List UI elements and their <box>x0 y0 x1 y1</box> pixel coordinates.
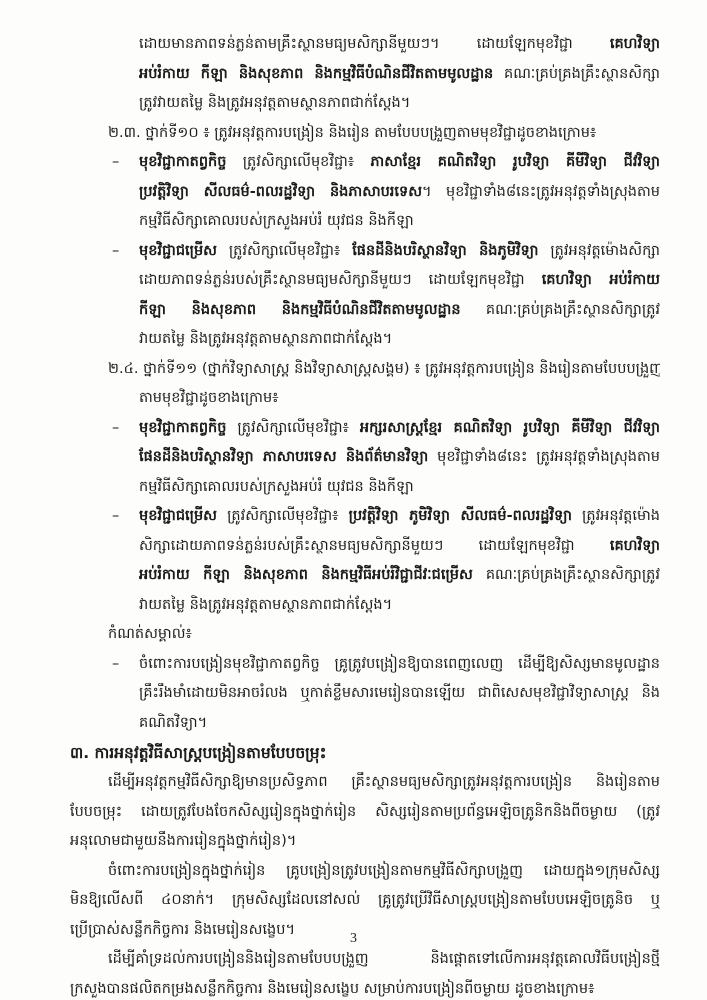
text-line: សិក្សាដោយភាពទន់ភ្លន់របស់គ្រឹះស្ថានមធ្យមស… <box>70 532 660 562</box>
bold-text-run: អប់រំកាយ កីឡា និងសុខភាព និងកម្មវិធីបំណិន… <box>139 66 493 82</box>
dash-bullet-icon: – <box>112 650 119 680</box>
text-line: ផែនដីនិងបរិស្ថានវិទ្យា ភាសាបរទេស និងព័ត៌… <box>70 443 660 473</box>
bold-text-run: អប់រំកាយ កីឡា និងសុខភាព និងកម្មវិធីអប់រំ… <box>139 567 473 583</box>
text-line: កម្មវិធីសិក្សាគោលរបស់ក្រសួងអប់រំ យុវជន ន… <box>70 207 660 237</box>
text-run: គណៈគ្រប់គ្រងគ្រឹះស្ថានសិក្សាត្រូវ <box>473 567 660 583</box>
notes-section: កំណត់សម្គាល់៖ – ចំពោះការបង្រៀនមុខវិជ្ជាក… <box>70 620 660 738</box>
text-line: ប្រវត្តិវិទ្យា សីលធម៌-ពលរដ្ឋវិទ្យា និងភា… <box>70 178 660 208</box>
document-body: ដោយមានភាពទន់ភ្លន់តាមគ្រឹះស្ថានមធ្យមសិក្ស… <box>70 30 660 1000</box>
text-line: វាយតម្លៃ និងត្រូវអនុវត្តតាមស្ថានភាពជាក់ស… <box>70 591 660 621</box>
dash-bullet-icon: – <box>112 414 119 444</box>
text-line: – មុខវិជ្ជាកាតព្វកិច្ច ត្រូវសិក្សាលើមុខវ… <box>70 148 660 178</box>
text-line: – ចំពោះការបង្រៀនមុខវិជ្ជាកាតព្វកិច្ច គ្រ… <box>70 650 660 680</box>
dash-bullet-icon: – <box>112 502 119 532</box>
bold-text-run: ភាសាខ្មែរ គណិតវិទ្យា រូបវិទ្យា គីមីវិទ្យ… <box>370 154 660 170</box>
bold-text-run: ផែនដីនិងបរិស្ថានវិទ្យា ភាសាបរទេស និងព័ត៌… <box>139 449 428 465</box>
text-line: ក្រសួងបានផលិតកម្រងសន្លឹកកិច្ចការ និងមេរៀ… <box>70 975 660 1000</box>
text-run: វាយតម្លៃ និងត្រូវអនុវត្តតាមស្ថានភាពជាក់ស… <box>139 331 392 347</box>
text-line: វាយតម្លៃ និងត្រូវអនុវត្តតាមស្ថានភាពជាក់ស… <box>70 325 660 355</box>
section-3: ៣. ការអនុវត្តវិធីសាស្ត្របង្រៀនតាមបែបចម្រ… <box>70 738 660 1000</box>
paragraph: ដើម្បីគាំទ្រដល់ការបង្រៀននិងរៀនតាមបែបបង្រ… <box>70 945 660 1000</box>
notes-label: កំណត់សម្គាល់៖ <box>70 620 660 650</box>
section-heading-3: ៣. ការអនុវត្តវិធីសាស្ត្របង្រៀនតាមបែបចម្រ… <box>70 738 660 768</box>
section-2-3: ២.៣. ថ្នាក់ទី១០ ៖ ត្រូវអនុវត្តការបង្រៀន … <box>70 119 660 355</box>
bullet-item-compulsory-grade10: – មុខវិជ្ជាកាតព្វកិច្ច ត្រូវសិក្សាលើមុខវ… <box>70 148 660 237</box>
text-run: ត្រូវសិក្សាលើមុខវិជ្ជា៖ <box>217 243 352 259</box>
text-line: មិនឱ្យលើសពី ៤០នាក់។ ក្រុមសិស្សដែលនៅសល់ គ… <box>70 886 660 916</box>
bold-text-run: មុខវិជ្ជាកាតព្វកិច្ច <box>139 420 226 436</box>
bold-text-run: កីឡា និងសុខភាព និងកម្មវិធីបំណិនជីវិតតាមម… <box>139 302 461 318</box>
bold-text-run: គេហវិទ្យា <box>610 538 660 554</box>
text-run: ។ មុខវិជ្ជាទាំង៨នេះត្រូវអនុវត្តទាំងស្រុង… <box>422 184 660 200</box>
dash-bullet-icon: – <box>112 237 119 267</box>
text-line: ចំពោះការបង្រៀនក្នុងថ្នាក់រៀន គ្រូបង្រៀនត… <box>70 857 660 887</box>
bold-text-run: ផែនដីនិងបរិស្ថានវិទ្យា និងភូមិវិទ្យា <box>352 243 538 259</box>
section-heading-2-4-cont: តាមមុខវិជ្ជាដូចខាងក្រោម៖ <box>70 384 660 414</box>
bold-text-run: ប្រវត្តិវិទ្យា សីលធម៌-ពលរដ្ឋវិទ្យា និងភា… <box>139 184 422 200</box>
bullet-item-optional-grade11: – មុខវិជ្ជាជម្រើស ត្រូវសិក្សាលើមុខវិជ្ជា… <box>70 502 660 620</box>
bold-text-run: មុខវិជ្ជាកាតព្វកិច្ច <box>139 154 226 170</box>
page-number: 3 <box>0 931 707 947</box>
text-line: អនុលោមជាមួយនឹងការរៀនក្នុងថ្នាក់រៀន)។ <box>70 827 660 857</box>
paragraph: ដើម្បីអនុវត្តកម្មវិធីសិក្សាឱ្យមានប្រសិទ្… <box>70 768 660 857</box>
text-line: គណិតវិទ្យា។ <box>70 709 660 739</box>
text-run: ដោយមានភាពទន់ភ្លន់តាមគ្រឹះស្ថានមធ្យមសិក្ស… <box>139 36 610 52</box>
text-run: ត្រូវសិក្សាលើមុខវិជ្ជា៖ <box>217 508 349 524</box>
section-heading-2-4: ២.៤. ថ្នាក់ទី១១ (ថ្នាក់វិទ្យាសាស្ត្រ និង… <box>70 355 660 385</box>
bold-text-run: ប្រវត្តិវិទ្យា ភូមិវិទ្យា សីលធម៌-ពលរដ្ឋវ… <box>349 508 572 524</box>
bullet-item-optional-grade10: – មុខវិជ្ជាជម្រើស ត្រូវសិក្សាលើមុខវិជ្ជា… <box>70 237 660 355</box>
text-run: សិក្សាដោយភាពទន់ភ្លន់របស់គ្រឹះស្ថានមធ្យមស… <box>139 538 610 554</box>
text-line: ដើម្បីគាំទ្រដល់ការបង្រៀននិងរៀនតាមបែបបង្រ… <box>70 945 660 975</box>
text-line: – មុខវិជ្ជាជម្រើស ត្រូវសិក្សាលើមុខវិជ្ជា… <box>70 237 660 267</box>
text-run: ត្រូវអនុវត្តម៉ោងសិក្សា <box>538 243 660 259</box>
text-line: – មុខវិជ្ជាជម្រើស ត្រូវសិក្សាលើមុខវិជ្ជា… <box>70 502 660 532</box>
text-run: គណៈគ្រប់គ្រងគ្រឹះស្ថានសិក្សាត្រូវ <box>461 302 660 318</box>
text-run: គណៈគ្រប់គ្រងគ្រឹះស្ថានសិក្សា <box>493 66 660 82</box>
section-2-4: ២.៤. ថ្នាក់ទី១១ (ថ្នាក់វិទ្យាសាស្ត្រ និង… <box>70 355 660 621</box>
note-item: – ចំពោះការបង្រៀនមុខវិជ្ជាកាតព្វកិច្ច គ្រ… <box>70 650 660 739</box>
text-line: ត្រូវវាយតម្លៃ និងត្រូវអនុវត្តតាមស្ថានភាព… <box>70 89 660 119</box>
text-run: មុខវិជ្ជាទាំង៨នេះ ត្រូវអនុវត្តទាំងស្រុងត… <box>428 449 660 465</box>
section-heading-2-3: ២.៣. ថ្នាក់ទី១០ ៖ ត្រូវអនុវត្តការបង្រៀន … <box>70 119 660 149</box>
text-line: – មុខវិជ្ជាកាតព្វកិច្ច ត្រូវសិក្សាលើមុខវ… <box>70 414 660 444</box>
bold-text-run: មុខវិជ្ជាជម្រើស <box>139 508 217 524</box>
bullet-item-compulsory-grade11: – មុខវិជ្ជាកាតព្វកិច្ច ត្រូវសិក្សាលើមុខវ… <box>70 414 660 503</box>
continuation-paragraph: ដោយមានភាពទន់ភ្លន់តាមគ្រឹះស្ថានមធ្យមសិក្ស… <box>70 30 660 119</box>
text-run: កម្មវិធីសិក្សាគោលរបស់ក្រសួងអប់រំ យុវជន ន… <box>139 213 414 229</box>
text-run: វាយតម្លៃ និងត្រូវអនុវត្តតាមស្ថានភាពជាក់ស… <box>139 597 392 613</box>
text-line: កម្មវិធីសិក្សាគោលរបស់ក្រសួងអប់រំ យុវជន ន… <box>70 473 660 503</box>
text-run: ដោយភាពទន់ភ្លន់របស់គ្រឹះស្ថានមធ្យមសិក្សាន… <box>139 272 542 288</box>
bold-text-run: មុខវិជ្ជាជម្រើស <box>139 243 217 259</box>
bold-text-run: អក្សរសាស្ត្រខ្មែរ គណិតវិទ្យា រូបវិទ្យា គ… <box>360 420 660 436</box>
text-run: កម្មវិធីសិក្សាគោលរបស់ក្រសួងអប់រំ យុវជន ន… <box>139 479 414 495</box>
text-run: ត្រូវសិក្សាលើមុខវិជ្ជា៖ <box>226 154 370 170</box>
text-run: ត្រូវវាយតម្លៃ និងត្រូវអនុវត្តតាមស្ថានភាព… <box>139 95 410 111</box>
text-line: ដោយមានភាពទន់ភ្លន់តាមគ្រឹះស្ថានមធ្យមសិក្ស… <box>70 30 660 60</box>
bold-text-run: គេហវិទ្យា <box>610 36 660 52</box>
text-line: គ្រឹះរឹងមាំដោយមិនអាចរំលង ឬកាត់ខ្លឹមសារមេ… <box>70 679 660 709</box>
document-page: ដោយមានភាពទន់ភ្លន់តាមគ្រឹះស្ថានមធ្យមសិក្ស… <box>0 0 707 1000</box>
text-line: ដោយភាពទន់ភ្លន់របស់គ្រឹះស្ថានមធ្យមសិក្សាន… <box>70 266 660 296</box>
text-run: ត្រូវសិក្សាលើមុខវិជ្ជា៖ <box>226 420 359 436</box>
bold-text-run: គេហវិទ្យា អប់រំកាយ <box>542 272 660 288</box>
text-line: ដើម្បីអនុវត្តកម្មវិធីសិក្សាឱ្យមានប្រសិទ្… <box>70 768 660 798</box>
dash-bullet-icon: – <box>112 148 119 178</box>
text-line: អប់រំកាយ កីឡា និងសុខភាព និងកម្មវិធីអប់រំ… <box>70 561 660 591</box>
text-line: កីឡា និងសុខភាព និងកម្មវិធីបំណិនជីវិតតាមម… <box>70 296 660 326</box>
text-run: ត្រូវអនុវត្តម៉ោង <box>572 508 660 524</box>
text-line: បែបចម្រុះ ដោយត្រូវបែងចែកសិស្សរៀនក្នុងថ្ន… <box>70 798 660 828</box>
text-line: អប់រំកាយ កីឡា និងសុខភាព និងកម្មវិធីបំណិន… <box>70 60 660 90</box>
